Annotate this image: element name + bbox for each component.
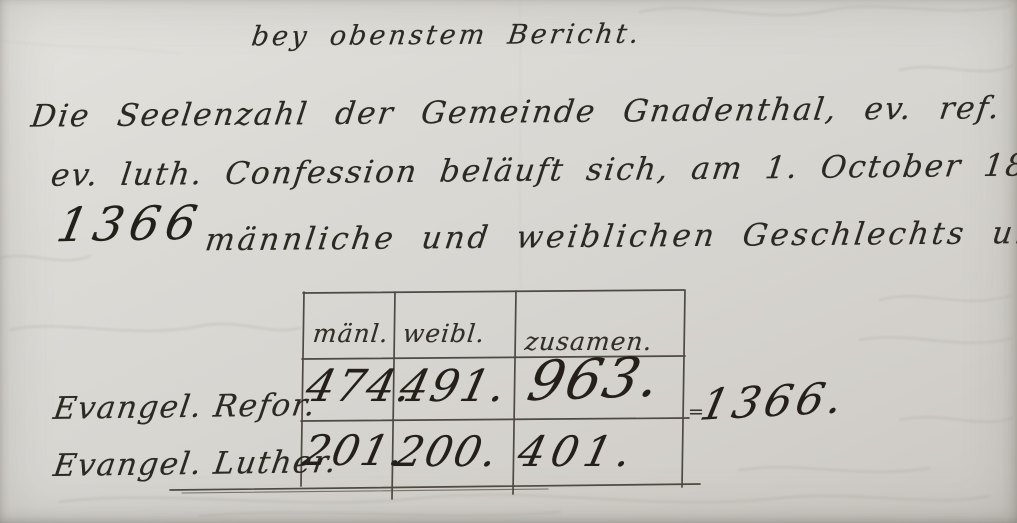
document-page: bey obenstem Bericht. Die Seelenzahl der… [0,0,1017,523]
row-label-evangel-luther: Evangel. Luther. [51,444,340,484]
cell-refor-weiblich: 491. [395,361,513,412]
table-grid-lines [0,0,1017,523]
table-header-weiblich: weibl. [401,319,486,348]
cell-luther-zusammen: 401. [513,427,642,476]
cell-refor-zusammen: 963. [522,345,669,414]
table-header-maennlich: mänl. [311,319,390,348]
cell-luther-weiblich: 200. [391,427,504,476]
row-label-evangel-refor: Evangel. Refor. [51,387,319,427]
total-value: 1366. [696,373,852,430]
